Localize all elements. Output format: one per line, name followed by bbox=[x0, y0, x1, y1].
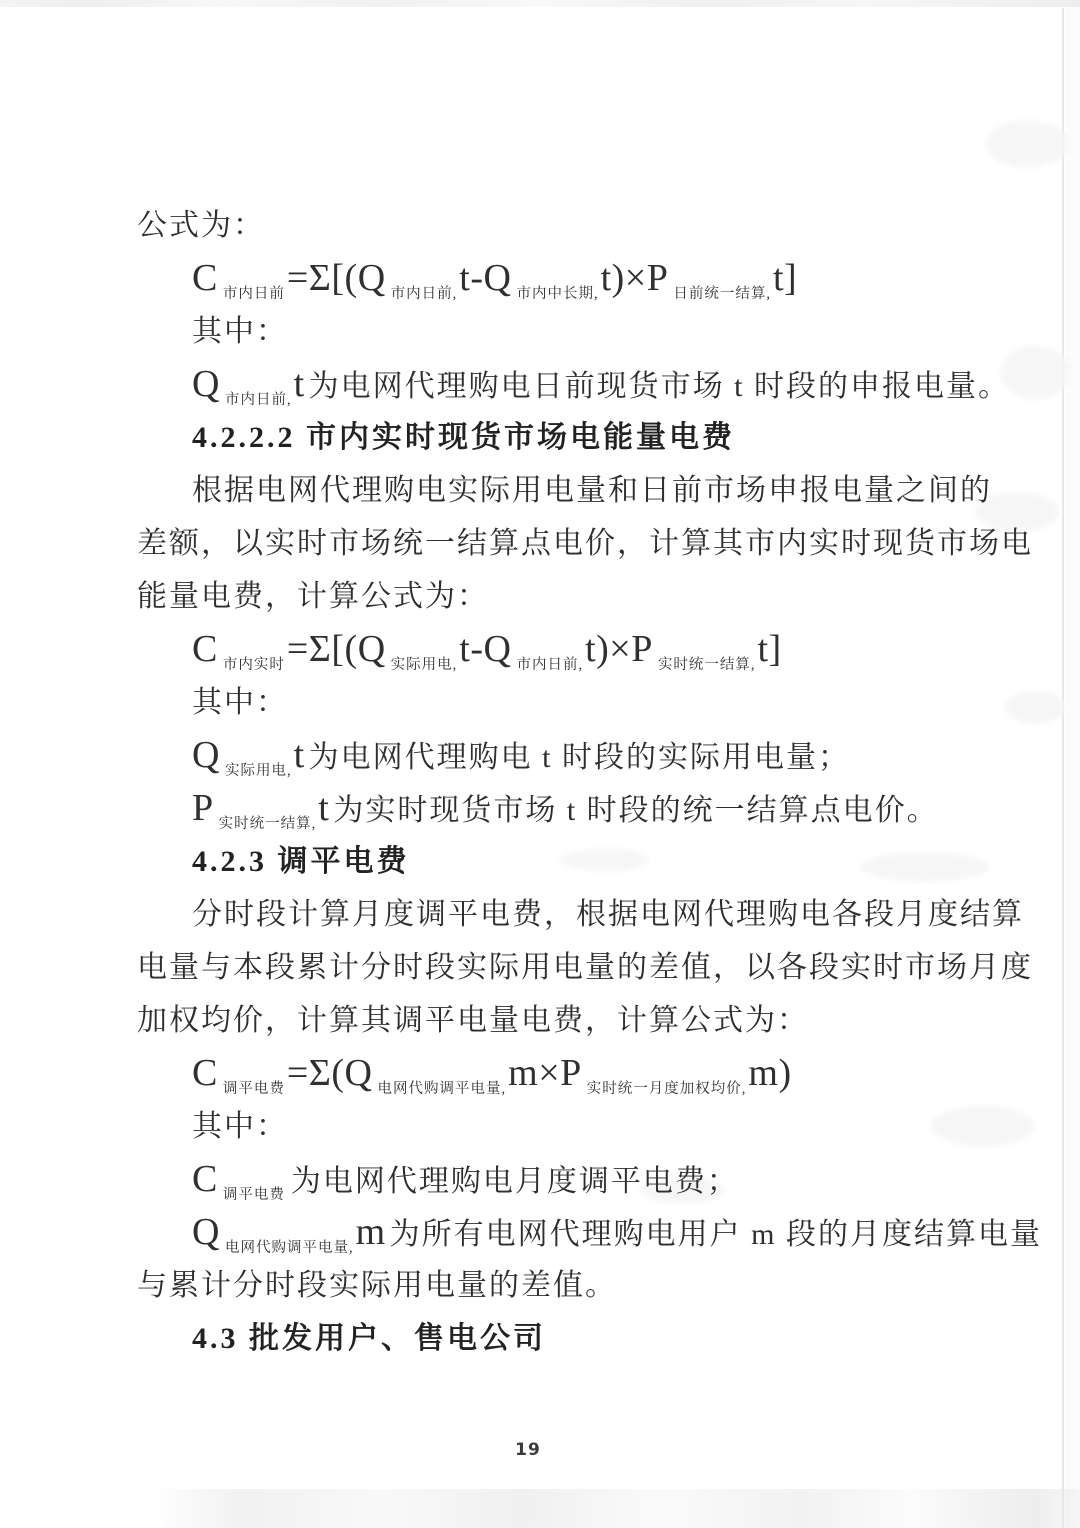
paragraph-line: 其中： bbox=[137, 676, 943, 729]
paragraph-line: 电量与本段累计分时段实际用电量的差值，以各段实时市场月度 bbox=[137, 941, 943, 994]
formula-symbol: t)×P bbox=[601, 257, 669, 299]
formula-symbol: m×P bbox=[508, 1052, 582, 1094]
section-heading: 4.2.2.2 市内实时现货市场电能量电费 bbox=[137, 411, 943, 464]
formula-subscript: 实际用电, bbox=[391, 657, 458, 673]
formula-subscript: 调平电费 bbox=[223, 1187, 285, 1203]
document-body: 公式为： C市内日前=Σ[(Q市内日前,t-Q市内中长期,t)×P日前统一结算,… bbox=[137, 199, 943, 1365]
scan-artifact-right-line bbox=[1062, 8, 1064, 1528]
formula-subscript: 实时统一月度加权均价, bbox=[587, 1081, 747, 1097]
formula-symbol: =Σ[(Q bbox=[287, 628, 386, 670]
formula-symbol: t] bbox=[773, 257, 797, 299]
formula-symbol: C bbox=[192, 257, 218, 299]
formula-line: C市内日前=Σ[(Q市内日前,t-Q市内中长期,t)×P日前统一结算,t] bbox=[137, 252, 943, 305]
formula-symbol: m bbox=[356, 1211, 386, 1253]
formula-subscript: 实际用电, bbox=[225, 763, 292, 779]
formula-symbol: t bbox=[294, 363, 305, 405]
formula-symbol: C bbox=[192, 628, 218, 670]
scan-artifact-right-column bbox=[1066, 8, 1080, 1528]
formula-subscript: 日前统一结算, bbox=[673, 286, 771, 302]
scan-artifact-blob bbox=[1000, 345, 1070, 400]
formula-symbol: t] bbox=[757, 628, 781, 670]
definition-line: Q实际用电,t为电网代理购电 t 时段的实际用电量； bbox=[137, 729, 943, 782]
paragraph-line: 与累计分时段实际用电量的差值。 bbox=[137, 1259, 943, 1312]
formula-symbol: Q bbox=[192, 1211, 220, 1253]
definition-line: Q电网代购调平电量,m为所有电网代理购电用户 m 段的月度结算电量 bbox=[137, 1206, 943, 1259]
formula-symbol: =Σ(Q bbox=[287, 1052, 373, 1094]
formula-symbol: t-Q bbox=[459, 628, 511, 670]
formula-subscript: 实时统一结算, bbox=[658, 657, 756, 673]
definition-line: P实时统一结算,t为实时现货市场 t 时段的统一结算点电价。 bbox=[137, 782, 943, 835]
formula-text: 为所有电网代理购电用户 m 段的月度结算电量 bbox=[390, 1218, 1042, 1251]
formula-line: C市内实时=Σ[(Q实际用电,t-Q市内日前,t)×P实时统一结算,t] bbox=[137, 623, 943, 676]
scan-artifact-top-streak bbox=[0, 0, 1080, 7]
formula-subscript: 市内中长期, bbox=[516, 286, 598, 302]
formula-symbol: m) bbox=[748, 1052, 791, 1094]
section-heading: 4.3 批发用户、售电公司 bbox=[137, 1312, 943, 1365]
formula-symbol: P bbox=[192, 787, 214, 829]
formula-subscript: 市内日前 bbox=[223, 286, 285, 302]
paragraph-line: 加权均价，计算其调平电量电费，计算公式为： bbox=[137, 994, 943, 1047]
formula-symbol: t bbox=[294, 734, 305, 776]
paragraph-line: 其中： bbox=[137, 1100, 943, 1153]
formula-text: 为电网代理购电 t 时段的实际用电量； bbox=[309, 741, 850, 774]
formula-symbol: C bbox=[192, 1052, 218, 1094]
formula-line: C调平电费=Σ(Q电网代购调平电量,m×P实时统一月度加权均价,m) bbox=[137, 1047, 943, 1100]
scanned-document-page: 公式为： C市内日前=Σ[(Q市内日前,t-Q市内中长期,t)×P日前统一结算,… bbox=[0, 0, 1080, 1528]
formula-text: 为电网代理购电月度调平电费； bbox=[291, 1165, 739, 1198]
page-number: 19 bbox=[0, 1440, 1056, 1460]
paragraph-line: 能量电费，计算公式为： bbox=[137, 570, 943, 623]
formula-symbol: =Σ[(Q bbox=[287, 257, 386, 299]
formula-subscript: 电网代购调平电量, bbox=[378, 1081, 507, 1097]
formula-symbol: C bbox=[192, 1158, 218, 1200]
formula-symbol: t)×P bbox=[585, 628, 653, 670]
formula-subscript: 电网代购调平电量, bbox=[225, 1240, 354, 1256]
formula-subscript: 调平电费 bbox=[223, 1081, 285, 1097]
section-heading: 4.2.3 调平电费 bbox=[137, 835, 943, 888]
paragraph-line: 分时段计算月度调平电费，根据电网代理购电各段月度结算 bbox=[137, 888, 943, 941]
formula-subscript: 实时统一结算, bbox=[219, 816, 317, 832]
formula-subscript: 市内日前, bbox=[516, 657, 583, 673]
formula-symbol: Q bbox=[192, 363, 220, 405]
formula-text: 为电网代理购电日前现货市场 t 时段的申报电量。 bbox=[309, 370, 1010, 403]
scan-artifact-blob bbox=[930, 1105, 1035, 1147]
formula-symbol: t bbox=[318, 787, 329, 829]
scan-artifact-blob bbox=[985, 120, 1070, 168]
formula-subscript: 市内日前, bbox=[391, 286, 458, 302]
paragraph-line: 根据电网代理购电实际用电量和日前市场申报电量之间的 bbox=[137, 464, 943, 517]
formula-symbol: Q bbox=[192, 734, 220, 776]
scan-artifact-bottom-band bbox=[150, 1489, 1080, 1528]
formula-text: 为实时现货市场 t 时段的统一结算点电价。 bbox=[333, 794, 938, 827]
definition-line: Q市内日前,t为电网代理购电日前现货市场 t 时段的申报电量。 bbox=[137, 358, 943, 411]
formula-subscript: 市内实时 bbox=[223, 657, 285, 673]
formula-symbol: t-Q bbox=[459, 257, 511, 299]
definition-line: C调平电费为电网代理购电月度调平电费； bbox=[137, 1153, 943, 1206]
formula-subscript: 市内日前, bbox=[225, 392, 292, 408]
paragraph-line: 公式为： bbox=[137, 199, 943, 252]
paragraph-line: 差额，以实时市场统一结算点电价，计算其市内实时现货市场电 bbox=[137, 517, 943, 570]
scan-artifact-blob bbox=[1005, 690, 1065, 725]
paragraph-line: 其中： bbox=[137, 305, 943, 358]
